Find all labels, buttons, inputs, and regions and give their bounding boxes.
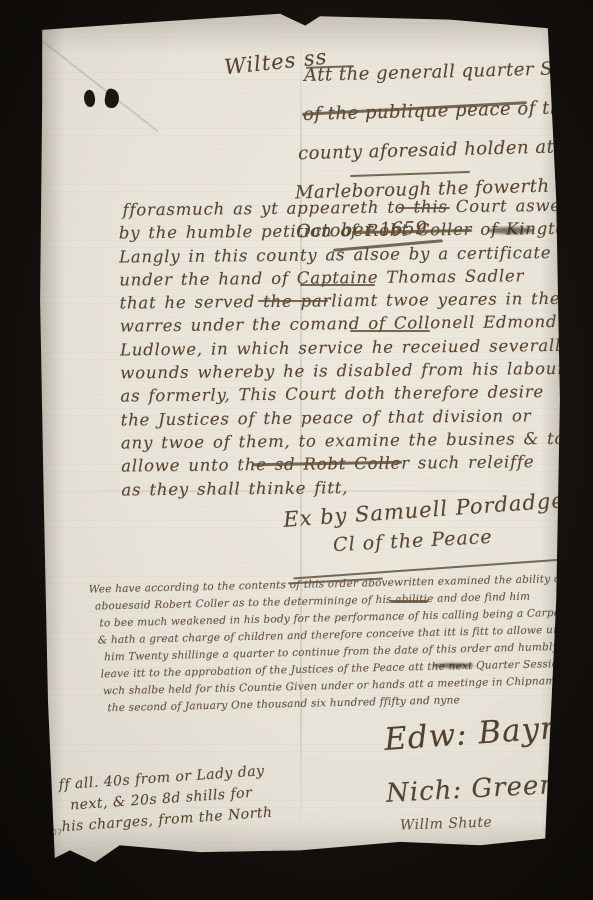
ink-strike — [390, 600, 428, 603]
ink-strike — [350, 330, 430, 332]
ink-strike — [300, 284, 375, 286]
ink-blot — [82, 89, 96, 108]
ink-smudge — [432, 663, 474, 668]
signature-nich-greene: Nich: Greene — [385, 769, 574, 809]
ink-blot — [103, 88, 120, 109]
clerk-title: Cl of the Peace — [333, 526, 494, 556]
corner-crease — [39, 38, 158, 132]
certificate-text: Wee have according to the contents of th… — [89, 570, 589, 717]
folio-number: 107 — [46, 828, 63, 837]
signature-edw-baynton: Edw: Baynton — [383, 706, 593, 758]
ink-strike — [258, 300, 328, 302]
signature-willm-shute: Willm Shute — [400, 814, 493, 833]
marginal-note: ff all. 40s from or Lady day next, & 20s… — [58, 761, 273, 839]
ink-strike — [398, 207, 450, 209]
ink-smudge — [488, 227, 534, 234]
photograph-background: Wiltes ss Att the generall quarter Sessi… — [0, 0, 593, 900]
order-text: fforasmuch as yt appeareth to this Court… — [118, 193, 593, 501]
manuscript-page: Wiltes ss Att the generall quarter Sessi… — [38, 12, 562, 864]
